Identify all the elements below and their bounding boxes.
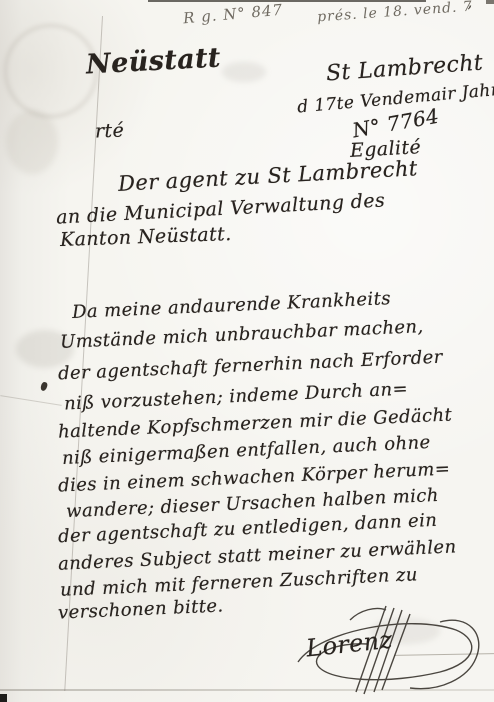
fold-crease-horizontal [0, 395, 61, 406]
motto-left-fragment: rté [95, 121, 125, 141]
address-line-canton: Kanton Neüstatt. [60, 225, 232, 250]
bleedthrough-smudge [222, 62, 266, 82]
scanned-letter-page: R g. N° 847 prés. le 18. vend. 7 ’ Neüst… [0, 0, 494, 702]
top-right-corner-mark [486, 0, 494, 4]
origin-place: St Lambrecht [325, 53, 483, 86]
registry-note: R g. N° 847 [183, 3, 284, 27]
body-line: verschonen bitte. [58, 597, 224, 622]
address-line-recipient: an die Municipal Verwaltung des [56, 191, 386, 227]
body-line: der agentschaft fernerhin nach Erforder [58, 349, 443, 384]
body-line: Da meine andaurende Krankheits [72, 290, 391, 322]
embossed-stamp-circle [4, 24, 98, 118]
tick-mark: ’ [467, 4, 473, 20]
top-edge-shadow [148, 0, 426, 2]
presented-date-note: prés. le 18. vend. 7 [317, 0, 474, 24]
body-line: Umstände mich unbrauchbar machen, [60, 318, 424, 352]
addressee-place: Neüstatt [85, 44, 221, 78]
bottom-left-corner-mark [0, 694, 7, 702]
bleedthrough-smudge [6, 110, 58, 174]
ink-blot [40, 381, 48, 391]
